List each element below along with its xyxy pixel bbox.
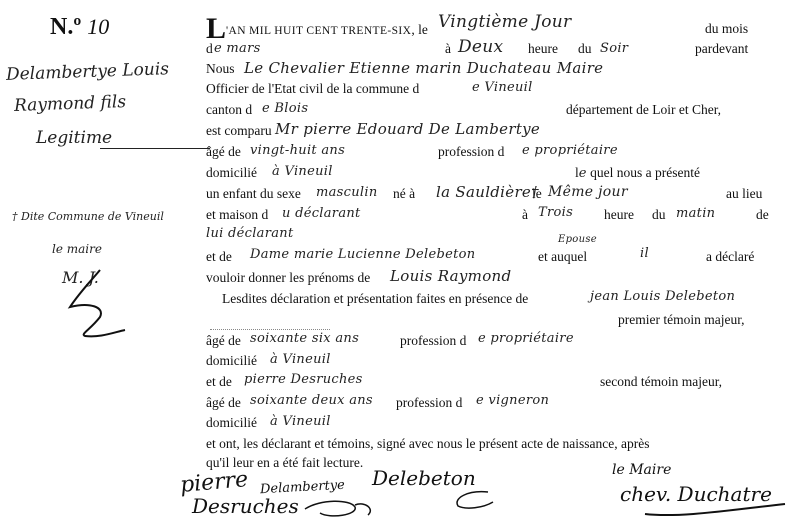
signature-desruches: Desruches — [192, 494, 299, 518]
age-text-2: âgé de — [206, 334, 241, 348]
nous-text: Nous — [206, 62, 235, 76]
birthday-handwritten: Même jour — [548, 184, 628, 200]
auquel-text: et auquel — [538, 250, 587, 264]
line-1: L'AN MIL HUIT CENT TRENTE-SIX, le — [206, 14, 428, 44]
witness1-profession-handwritten: e propriétaire — [478, 331, 574, 346]
e-handwritten: e — [579, 166, 587, 181]
a-declare-text: a déclaré — [706, 250, 754, 264]
pardevant-text: pardevant — [695, 42, 748, 56]
record-number: N.º 10 — [50, 14, 109, 41]
epouse-handwritten: Epouse — [558, 234, 597, 245]
profession-text: profession d — [438, 145, 504, 159]
record-number-value: 10 — [87, 14, 109, 39]
birth-period-handwritten: matin — [676, 206, 715, 221]
prenoms-text: vouloir donner les prénoms de — [206, 271, 370, 285]
margin-child-name-2: Raymond fils — [14, 92, 127, 116]
maison-text: et maison d — [206, 208, 268, 222]
declarant-handwritten: Mr pierre Edouard De Lambertye — [275, 120, 540, 138]
domicile-handwritten: à Vineuil — [272, 164, 333, 179]
signature-le-maire: le Maire — [612, 462, 671, 478]
domicilie-text: domicilié — [206, 166, 257, 180]
officier-text: Officier de l'Etat civil de la commune d — [206, 82, 419, 96]
premier-temoin-text: premier témoin majeur, — [618, 313, 745, 327]
lequel-text: le quel nous a présenté — [575, 166, 700, 180]
canton-text: canton d — [206, 103, 252, 117]
profession-handwritten: e propriétaire — [522, 143, 618, 158]
witness2-age-handwritten: soixante deux ans — [250, 393, 373, 408]
presente-text: quel nous a présenté — [590, 165, 700, 180]
witness1-age-handwritten: soixante six ans — [250, 331, 359, 346]
line-2-d: d — [206, 42, 213, 56]
officer-handwritten: Le Chevalier Etienne marin Duchateau Mai… — [244, 59, 603, 77]
witness1-handwritten: jean Louis Delebeton — [590, 289, 735, 304]
du-text-2: du — [652, 208, 666, 222]
signature-clause-text: et ont, les déclarant et témoins, signé … — [206, 437, 649, 451]
witness2-domicile-handwritten: à Vineuil — [270, 414, 331, 429]
witness2-handwritten: pierre Desruches — [244, 372, 363, 387]
signature-delebeton: Delebeton — [372, 466, 476, 490]
period-handwritten: Soir — [600, 41, 628, 56]
heure-text-2: heure — [604, 208, 634, 222]
margin-child-name-1: Delambertye Louis — [6, 59, 170, 85]
signature-flourish-icon-2 — [448, 488, 498, 512]
canton-handwritten: e Blois — [262, 101, 308, 116]
mother-handwritten: Dame marie Lucienne Delebeton — [250, 247, 475, 262]
mayor-signature-flourish-icon — [640, 500, 790, 520]
age-handwritten: vingt-huit ans — [250, 143, 345, 158]
age-text: âgé de — [206, 145, 241, 159]
signature-flourish-icon — [300, 495, 380, 521]
margin-rule — [100, 148, 210, 149]
record-number-label: N.º — [50, 14, 81, 40]
margin-child-name-3: Legitime — [36, 128, 112, 148]
ne-text: né à — [393, 187, 415, 201]
month-handwritten: e mars — [214, 41, 261, 56]
domicilie-text-3: domicilié — [206, 416, 257, 430]
du-mois-text: du mois — [705, 22, 748, 36]
year-text: 'AN MIL HUIT CENT TRENTE-SIX — [226, 25, 411, 37]
le-text: , le — [411, 22, 428, 37]
heure-text: heure — [528, 42, 558, 56]
commune-handwritten: e Vineuil — [472, 80, 533, 95]
profession-text-2: profession d — [400, 334, 466, 348]
given-names-handwritten: Louis Raymond — [390, 267, 511, 285]
a-text-2: à — [522, 208, 528, 222]
sex-handwritten: masculin — [316, 185, 378, 200]
il-handwritten: il — [640, 246, 649, 261]
margin-annotation: † Dite Commune de Vineuil — [12, 210, 164, 223]
et-de-text: et de — [206, 250, 232, 264]
house-handwritten: u déclarant — [282, 206, 361, 221]
birth-hour-handwritten: Trois — [538, 205, 573, 220]
de-text: de — [756, 208, 769, 222]
witness2-profession-handwritten: e vigneron — [476, 393, 549, 408]
day-handwritten: Vingtième Jour — [438, 12, 572, 32]
hour-handwritten: Deux — [458, 37, 503, 57]
comparu-text: est comparu — [206, 124, 272, 138]
witness1-domicile-handwritten: à Vineuil — [270, 352, 331, 367]
du-text: du — [578, 42, 592, 56]
a-text: à — [445, 42, 451, 56]
domicilie-text-2: domicilié — [206, 354, 257, 368]
age-text-3: âgé de — [206, 396, 241, 410]
margin-mayor-label: le maire — [52, 242, 102, 256]
aulieu-text: au lieu — [726, 187, 762, 201]
profession-text-3: profession d — [396, 396, 462, 410]
lesdites-text: Lesdites déclaration et présentation fai… — [222, 292, 528, 306]
et-de-text-2: et de — [206, 375, 232, 389]
second-temoin-text: second témoin majeur, — [600, 375, 722, 389]
departement-text: département de Loir et Cher, — [566, 103, 721, 117]
lui-declarant-handwritten: lui déclarant — [206, 226, 294, 241]
birthplace-handwritten: la Sauldière† — [436, 183, 539, 201]
le-text-2: le — [532, 187, 542, 201]
sexe-text: un enfant du sexe — [206, 187, 301, 201]
lecture-text: qu'il leur en a été fait lecture. — [206, 456, 363, 470]
mayor-flourish-icon — [60, 262, 130, 342]
